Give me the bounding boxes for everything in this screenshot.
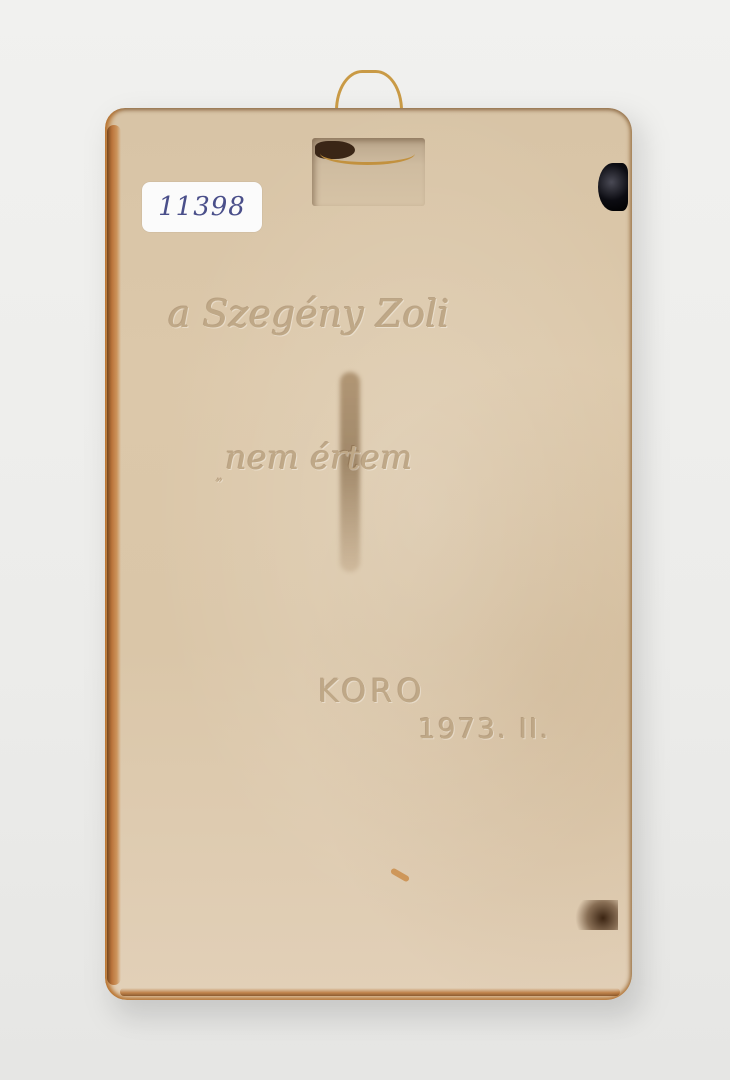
inventory-number: 11398 bbox=[158, 192, 246, 222]
inscription-line-1: a Szegény Zoli bbox=[168, 292, 450, 336]
black-glaze-drop bbox=[598, 163, 628, 211]
glaze-edge-left bbox=[107, 125, 121, 985]
corner-chip bbox=[568, 900, 618, 930]
artist-signature: KORO bbox=[318, 672, 426, 710]
glaze-edge-bottom bbox=[120, 988, 620, 996]
inscription-quote-mark: „ bbox=[216, 468, 223, 484]
inscription-date: 1973. II. bbox=[418, 712, 550, 745]
recess-wire bbox=[320, 142, 415, 165]
ceramic-tile-back bbox=[105, 108, 632, 1000]
inscription-line-2: nem értem bbox=[225, 438, 412, 478]
inventory-sticker: 11398 bbox=[142, 182, 262, 232]
